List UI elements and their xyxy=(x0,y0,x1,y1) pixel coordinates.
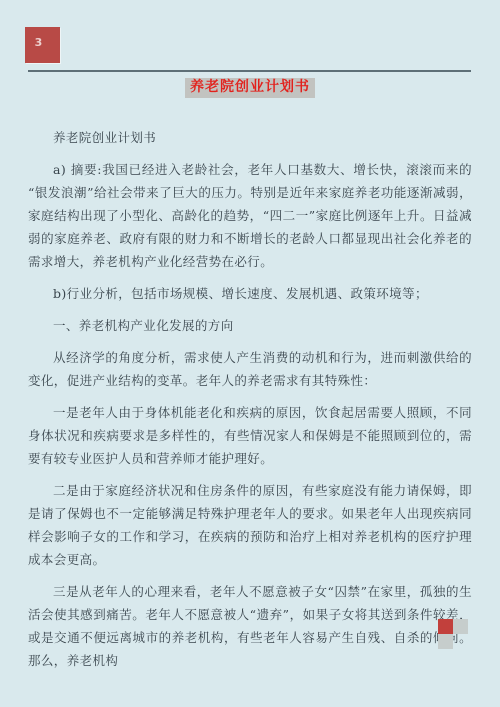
header-divider-line xyxy=(28,70,471,72)
paragraph-industry-analysis: b)行业分析，包括市场规模、增长速度、发展机遇、政策环境等； xyxy=(28,282,472,305)
paragraph-economics: 从经济学的角度分析，需求使人产生消费的动机和行为，进而刺激供给的变化，促进产业结… xyxy=(28,346,472,392)
page-number-badge: 3 xyxy=(25,27,60,63)
corner-ornament xyxy=(438,619,469,650)
ornament-red-square xyxy=(438,619,453,634)
ornament-gray-square-right xyxy=(453,619,468,634)
page-number: 3 xyxy=(35,36,43,49)
ornament-gray-square-bottom xyxy=(438,634,453,649)
body-subtitle: 养老院创业计划书 xyxy=(28,126,472,149)
title-row: 养老院创业计划书 xyxy=(0,78,500,98)
paragraph-abstract: a) 摘要:我国已经进入老龄社会，老年人口基数大、增长快，滚滚而来的“银发浪潮”… xyxy=(28,158,472,273)
paragraph-point-1: 一是老年人由于身体机能老化和疾病的原因，饮食起居需要人照顾，不同身体状况和疾病要… xyxy=(28,401,472,470)
document-page: 3 养老院创业计划书 养老院创业计划书 a) 摘要:我国已经进入老龄社会，老年人… xyxy=(0,0,500,707)
paragraph-point-3: 三是从老年人的心理来看，老年人不愿意被子女“囚禁”在家里，孤独的生活会使其感到痛… xyxy=(28,580,472,672)
document-body: 养老院创业计划书 a) 摘要:我国已经进入老龄社会，老年人口基数大、增长快，滚滚… xyxy=(28,126,472,681)
section-heading-1: 一、养老机构产业化发展的方向 xyxy=(28,314,472,337)
document-title: 养老院创业计划书 xyxy=(185,78,315,98)
paragraph-point-2: 二是由于家庭经济状况和住房条件的原因，有些家庭没有能力请保姆，即是请了保姆也不一… xyxy=(28,479,472,571)
